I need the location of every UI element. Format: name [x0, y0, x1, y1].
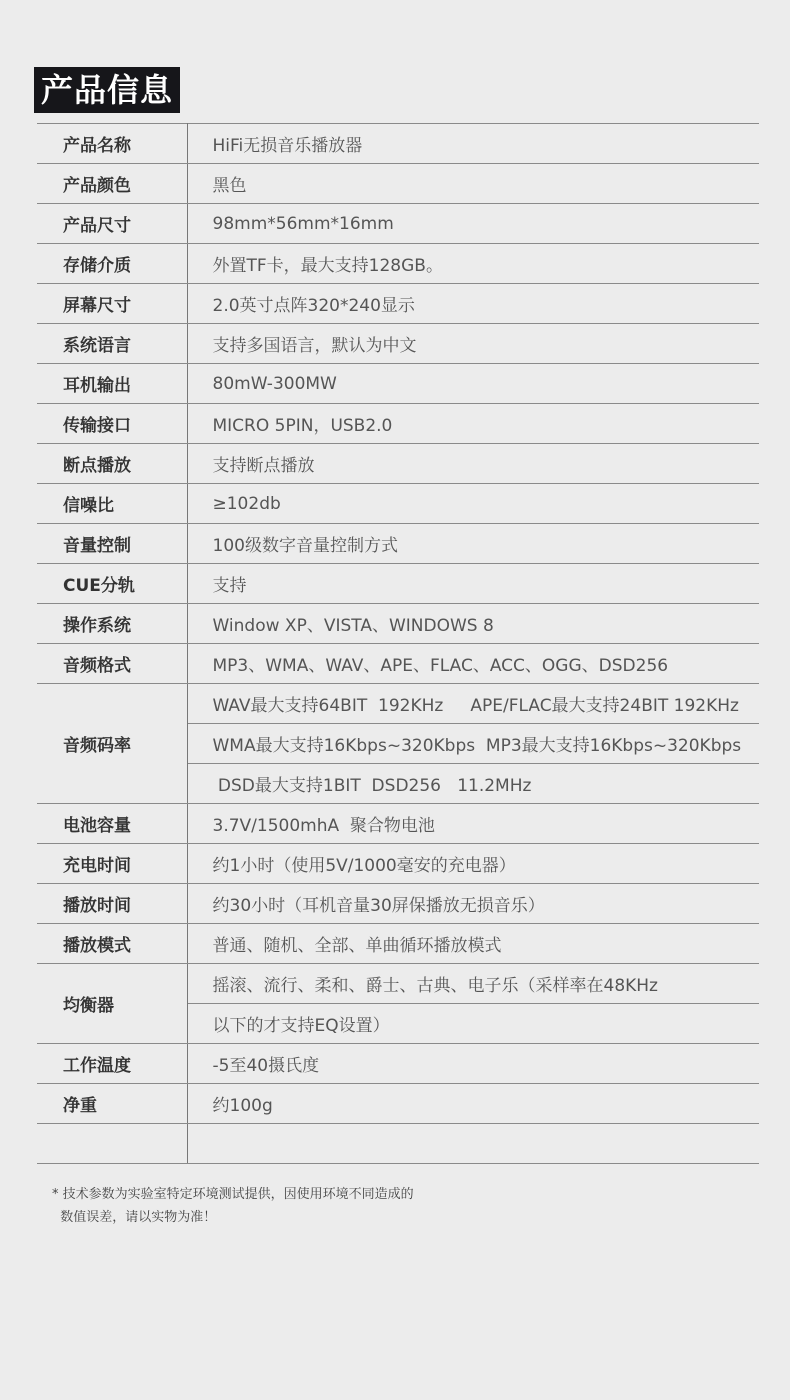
table-row: 播放模式普通、随机、全部、单曲循环播放模式	[37, 924, 759, 964]
disclaimer-line-1: * 技术参数为实验室特定环境测试提供，因使用环境不同造成的	[52, 1183, 414, 1206]
spec-label: 播放时间	[37, 884, 187, 924]
spec-label: 存储介质	[37, 244, 187, 284]
spec-value: WAV最大支持64BIT 192KHz APE/FLAC最大支持24BIT 19…	[187, 684, 759, 724]
spec-value: 约100g	[187, 1084, 759, 1124]
spec-value: 98mm*56mm*16mm	[187, 204, 759, 244]
spec-value: DSD最大支持1BIT DSD256 11.2MHz	[187, 764, 759, 804]
table-row: 音频格式MP3、WMA、WAV、APE、FLAC、ACC、OGG、DSD256	[37, 644, 759, 684]
spec-label	[37, 1124, 187, 1164]
table-row: 断点播放支持断点播放	[37, 444, 759, 484]
spec-value	[187, 1124, 759, 1164]
spec-label: 播放模式	[37, 924, 187, 964]
spec-value: Window XP、VISTA、WINDOWS 8	[187, 604, 759, 644]
spec-value: HiFi无损音乐播放器	[187, 124, 759, 164]
table-row: CUE分轨支持	[37, 564, 759, 604]
spec-label: 系统语言	[37, 324, 187, 364]
spec-value: 支持断点播放	[187, 444, 759, 484]
spec-value: 黑色	[187, 164, 759, 204]
spec-value: 80mW-300MW	[187, 364, 759, 404]
disclaimer-line-2: 数值误差，请以实物为准！	[52, 1206, 414, 1229]
spec-label: 均衡器	[37, 964, 187, 1044]
spec-label: 产品名称	[37, 124, 187, 164]
table-row: 播放时间约30小时（耳机音量30屏保播放无损音乐）	[37, 884, 759, 924]
spec-value: 100级数字音量控制方式	[187, 524, 759, 564]
spec-label: CUE分轨	[37, 564, 187, 604]
spec-value: 3.7V/1500mhA 聚合物电池	[187, 804, 759, 844]
spec-value: MICRO 5PIN，USB2.0	[187, 404, 759, 444]
spec-label: 净重	[37, 1084, 187, 1124]
spec-label: 传输接口	[37, 404, 187, 444]
spec-value: 支持	[187, 564, 759, 604]
spec-value: 2.0英寸点阵320*240显示	[187, 284, 759, 324]
spec-label: 产品尺寸	[37, 204, 187, 244]
spec-label: 电池容量	[37, 804, 187, 844]
table-row: 耳机输出80mW-300MW	[37, 364, 759, 404]
table-row: 音量控制100级数字音量控制方式	[37, 524, 759, 564]
table-row: 均衡器摇滚、流行、柔和、爵士、古典、电子乐（采样率在48KHz	[37, 964, 759, 1004]
spec-value: 以下的才支持EQ设置）	[187, 1004, 759, 1044]
spec-label: 充电时间	[37, 844, 187, 884]
table-row	[37, 1124, 759, 1164]
spec-label: 屏幕尺寸	[37, 284, 187, 324]
table-row: 电池容量3.7V/1500mhA 聚合物电池	[37, 804, 759, 844]
spec-value: WMA最大支持16Kbps~320Kbps MP3最大支持16Kbps~320K…	[187, 724, 759, 764]
spec-label: 音频码率	[37, 684, 187, 804]
table-row: 工作温度-5至40摄氏度	[37, 1044, 759, 1084]
table-row: 充电时间约1小时（使用5V/1000毫安的充电器）	[37, 844, 759, 884]
spec-label: 断点播放	[37, 444, 187, 484]
spec-label: 音量控制	[37, 524, 187, 564]
spec-value: 外置TF卡，最大支持128GB。	[187, 244, 759, 284]
table-row: 存储介质外置TF卡，最大支持128GB。	[37, 244, 759, 284]
spec-table: 产品名称HiFi无损音乐播放器产品颜色黑色产品尺寸98mm*56mm*16mm存…	[37, 123, 759, 1164]
spec-label: 信噪比	[37, 484, 187, 524]
table-row: 传输接口MICRO 5PIN，USB2.0	[37, 404, 759, 444]
spec-label: 耳机输出	[37, 364, 187, 404]
table-row: 音频码率WAV最大支持64BIT 192KHz APE/FLAC最大支持24BI…	[37, 684, 759, 724]
table-row: 信噪比≥102db	[37, 484, 759, 524]
spec-value: 约1小时（使用5V/1000毫安的充电器）	[187, 844, 759, 884]
spec-label: 产品颜色	[37, 164, 187, 204]
table-row: 系统语言支持多国语言，默认为中文	[37, 324, 759, 364]
spec-label: 操作系统	[37, 604, 187, 644]
table-row: 屏幕尺寸2.0英寸点阵320*240显示	[37, 284, 759, 324]
table-row: 产品颜色黑色	[37, 164, 759, 204]
spec-value: 摇滚、流行、柔和、爵士、古典、电子乐（采样率在48KHz	[187, 964, 759, 1004]
spec-value: 约30小时（耳机音量30屏保播放无损音乐）	[187, 884, 759, 924]
spec-value: 普通、随机、全部、单曲循环播放模式	[187, 924, 759, 964]
table-row: 操作系统Window XP、VISTA、WINDOWS 8	[37, 604, 759, 644]
spec-value: MP3、WMA、WAV、APE、FLAC、ACC、OGG、DSD256	[187, 644, 759, 684]
disclaimer-note: * 技术参数为实验室特定环境测试提供，因使用环境不同造成的 数值误差，请以实物为…	[52, 1183, 414, 1229]
spec-label: 音频格式	[37, 644, 187, 684]
table-row: 产品名称HiFi无损音乐播放器	[37, 124, 759, 164]
section-title: 产品信息	[34, 67, 180, 113]
spec-value: 支持多国语言，默认为中文	[187, 324, 759, 364]
spec-label: 工作温度	[37, 1044, 187, 1084]
spec-value: ≥102db	[187, 484, 759, 524]
table-row: 产品尺寸98mm*56mm*16mm	[37, 204, 759, 244]
spec-value: -5至40摄氏度	[187, 1044, 759, 1084]
table-row: 净重约100g	[37, 1084, 759, 1124]
